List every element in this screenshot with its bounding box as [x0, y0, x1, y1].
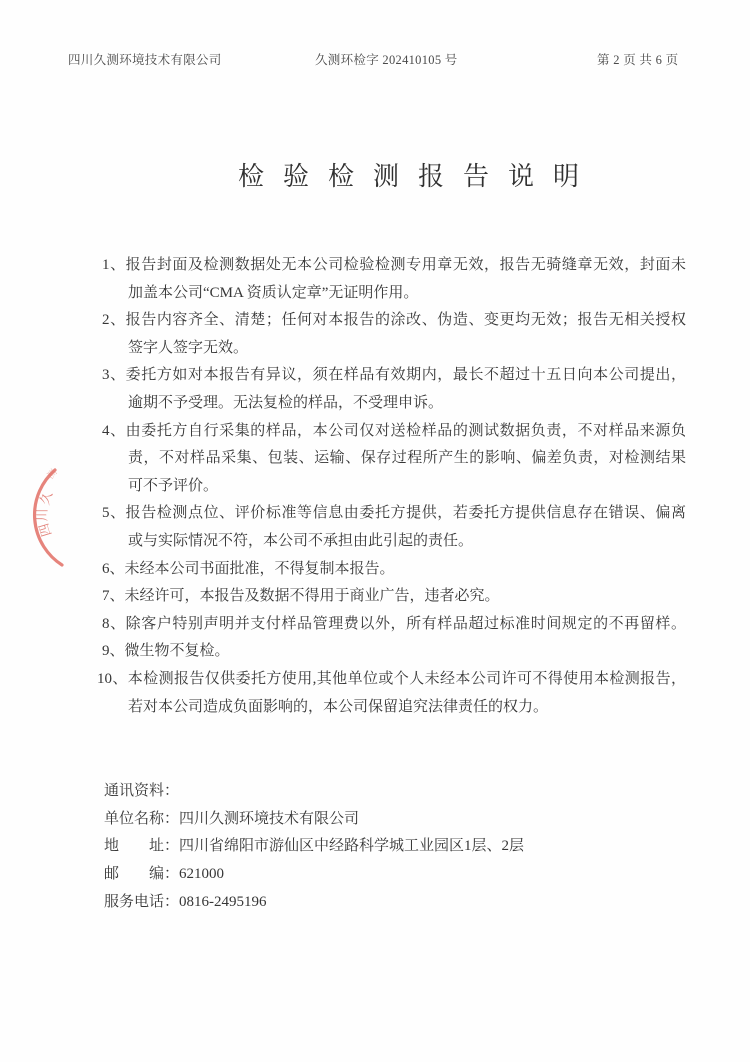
notice-item: 6、未经本公司书面批准，不得复制本报告。 [102, 556, 686, 584]
contact-row: 单位名称：四川久测环境技术有限公司 [104, 806, 524, 834]
contact-row: 服务电话：0816-2495196 [104, 889, 524, 917]
notice-item: 5、报告检测点位、评价标准等信息由委托方提供，若委托方提供信息存在错误、偏离 或… [102, 500, 686, 555]
notice-line: 1、报告封面及检测数据处无本公司检验检测专用章无效，报告无骑缝章无效，封面未 [102, 252, 686, 280]
notice-line: 9、微生物不复检。 [102, 638, 686, 666]
notice-line: 6、未经本公司书面批准，不得复制本报告。 [102, 556, 686, 584]
contact-heading: 通讯资料： [104, 778, 524, 806]
notice-line: 逾期不予受理。无法复检的样品，不受理申诉。 [102, 390, 686, 418]
notice-line: 4、由委托方自行采集的样品，本公司仅对送检样品的测试数据负责，不对样品来源负 [102, 418, 686, 446]
contact-label: 服务电话： [104, 894, 179, 910]
page-title: 检验检测报告说明 [0, 160, 750, 194]
notice-list: 1、报告封面及检测数据处无本公司检验检测专用章无效，报告无骑缝章无效，封面未 加… [102, 252, 686, 721]
notice-line: 责，不对样品采集、包装、运输、保存过程所产生的影响、偏差负责，对检测结果 [102, 445, 686, 473]
header-company-name: 四川久测环境技术有限公司 [68, 50, 222, 68]
contact-value: 四川省绵阳市游仙区中经路科学城工业园区1层、2层 [179, 838, 524, 854]
page-header: 四川久测环境技术有限公司 久测环检字 202410105 号 第 2 页 共 6… [0, 50, 750, 68]
notice-item: 4、由委托方自行采集的样品，本公司仅对送检样品的测试数据负责，不对样品来源负 责… [102, 418, 686, 501]
contact-row: 邮 编：621000 [104, 861, 524, 889]
notice-item: 7、未经许可，本报告及数据不得用于商业广告，违者必究。 [102, 583, 686, 611]
notice-item: 3、委托方如对本报告有异议，须在样品有效期内，最长不超过十五日向本公司提出， 逾… [102, 362, 686, 417]
contact-value: 621000 [179, 866, 224, 882]
notice-line: 签字人签字无效。 [102, 335, 686, 363]
contact-value: 四川久测环境技术有限公司 [179, 811, 359, 827]
notice-line: 可不予评价。 [102, 473, 686, 501]
notice-line: 2、报告内容齐全、清楚；任何对本报告的涂改、伪造、变更均无效；报告无相关授权 [102, 307, 686, 335]
header-page-number: 第 2 页 共 6 页 [597, 50, 678, 68]
seal-char: 久 [37, 489, 55, 506]
notice-item: 2、报告内容齐全、清楚；任何对本报告的涂改、伪造、变更均无效；报告无相关授权 签… [102, 307, 686, 362]
notice-line: 若对本公司造成负面影响的，本公司保留追究法律责任的权力。 [102, 694, 686, 722]
notice-item: 9、微生物不复检。 [102, 638, 686, 666]
contact-label: 单位名称： [104, 811, 179, 827]
notice-line: 或与实际情况不符，本公司不承担由此引起的责任。 [102, 528, 686, 556]
notice-item: 10、本检测报告仅供委托方使用,其他单位或个人未经本公司许可不得使用本检测报告，… [102, 666, 686, 721]
header-document-number: 久测环检字 202410105 号 [315, 50, 458, 68]
notice-item: 8、除客户特别声明并支付样品管理费以外，所有样品超过标准时间规定的不再留样。 [102, 611, 686, 639]
contact-label: 邮 编： [104, 866, 179, 882]
contact-info: 通讯资料： 单位名称：四川久测环境技术有限公司 地 址：四川省绵阳市游仙区中经路… [104, 778, 524, 917]
notice-line: 5、报告检测点位、评价标准等信息由委托方提供，若委托方提供信息存在错误、偏离 [102, 500, 686, 528]
notice-line: 8、除客户特别声明并支付样品管理费以外，所有样品超过标准时间规定的不再留样。 [102, 611, 686, 639]
seal-char: 四 [36, 522, 54, 539]
report-page: 四川久测环境技术有限公司 久测环检字 202410105 号 第 2 页 共 6… [0, 0, 750, 1062]
seal-stamp: 测 久 川 四 [18, 452, 110, 580]
contact-value: 0816-2495196 [179, 894, 267, 910]
contact-label: 地 址： [104, 838, 179, 854]
notice-line: 10、本检测报告仅供委托方使用,其他单位或个人未经本公司许可不得使用本检测报告， [97, 666, 686, 694]
contact-row: 地 址：四川省绵阳市游仙区中经路科学城工业园区1层、2层 [104, 833, 524, 861]
notice-line: 加盖本公司“CMA 资质认定章”无证明作用。 [102, 280, 686, 308]
notice-item: 1、报告封面及检测数据处无本公司检验检测专用章无效，报告无骑缝章无效，封面未 加… [102, 252, 686, 307]
notice-line: 3、委托方如对本报告有异议，须在样品有效期内，最长不超过十五日向本公司提出， [102, 362, 686, 390]
seal-char: 川 [35, 508, 50, 521]
notice-line: 7、未经许可，本报告及数据不得用于商业广告，违者必究。 [102, 583, 686, 611]
